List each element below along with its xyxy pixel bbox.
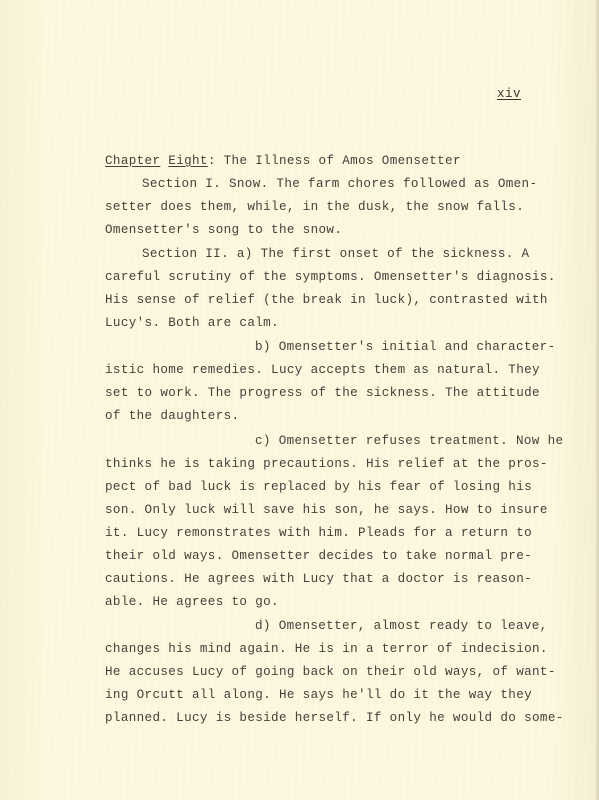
text-line: careful scrutiny of the symptoms. Omense… [105,269,556,285]
text-line: cautions. He agrees with Lucy that a doc… [105,571,532,587]
text-line: thinks he is taking precautions. His rel… [105,456,548,472]
text-line: of the daughters. [105,408,239,424]
chapter-heading: Chapter Eight: The Illness of Amos Omens… [105,153,461,169]
text-line: son. Only luck will save his son, he say… [105,502,548,518]
section-1-line: Section I. Snow. The farm chores followe… [142,176,537,192]
section-2c-line: c) Omensetter refuses treatment. Now he [255,433,563,449]
text-line: changes his mind again. He is in a terro… [105,641,548,657]
chapter-label: Chapter [105,154,160,168]
text-line: pect of bad luck is replaced by his fear… [105,479,532,495]
text-line: setter does them, while, in the dusk, th… [105,199,524,215]
text-line: their old ways. Omensetter decides to ta… [105,548,532,564]
text-line: His sense of relief (the break in luck),… [105,292,548,308]
text-line: He accuses Lucy of going back on their o… [105,664,556,680]
chapter-title: : The Illness of Amos Omensetter [208,154,461,168]
section-2a-line: Section II. a) The first onset of the si… [142,246,529,262]
section-2b-line: b) Omensetter's initial and character- [255,339,555,355]
text-line: set to work. The progress of the sicknes… [105,385,540,401]
text-line: Lucy's. Both are calm. [105,315,279,331]
text-line: Omensetter's song to the snow. [105,222,342,238]
text-line: able. He agrees to go. [105,594,279,610]
text-line: ing Orcutt all along. He says he'll do i… [105,687,532,703]
chapter-number: Eight [168,154,208,168]
page-number: xiv [497,87,521,101]
text-line: istic home remedies. Lucy accepts them a… [105,362,540,378]
text-line: planned. Lucy is beside herself. If only… [105,710,564,726]
text-line: it. Lucy remonstrates with him. Pleads f… [105,525,532,541]
section-2d-line: d) Omensetter, almost ready to leave, [255,618,548,634]
